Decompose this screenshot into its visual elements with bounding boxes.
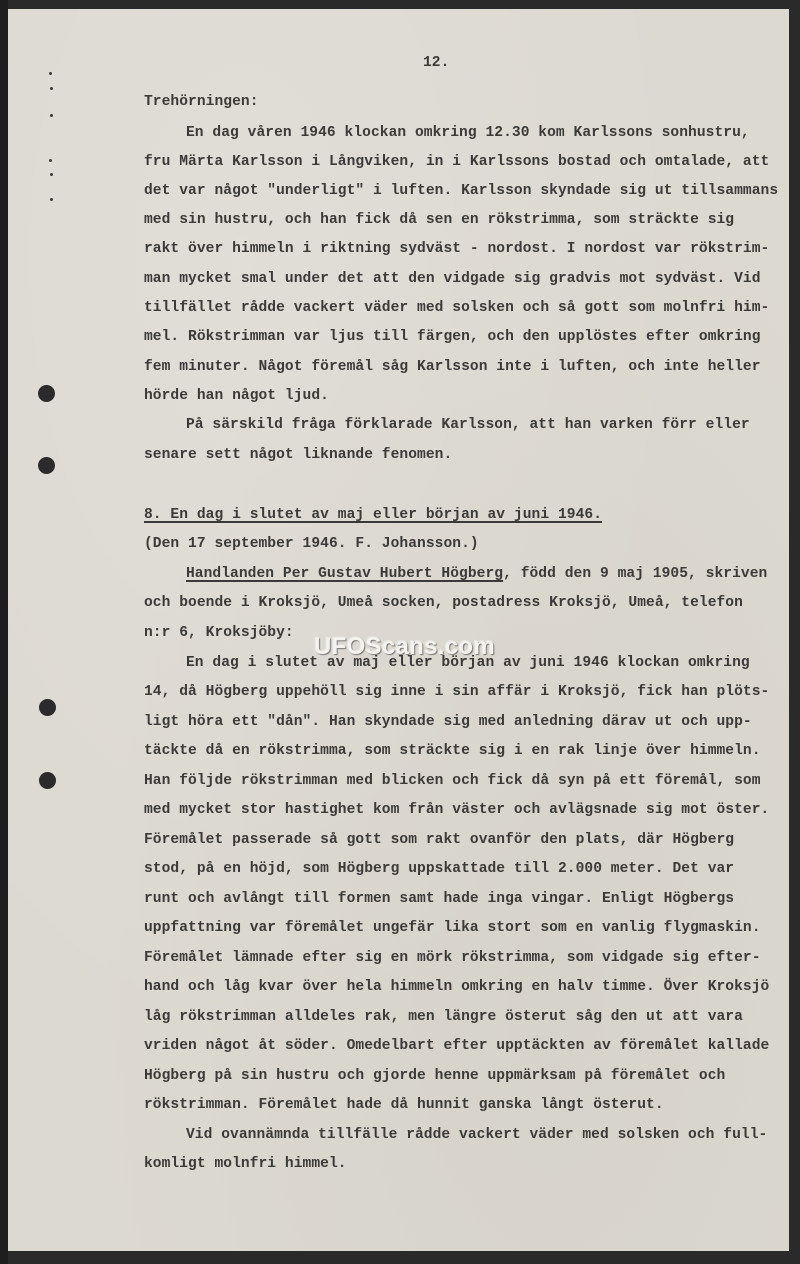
body-line: n:r 6, Kroksjöby: xyxy=(144,625,294,641)
body-line: med sin hustru, och han fick då sen en r… xyxy=(144,212,734,228)
witness-line: Handlanden Per Gustav Hubert Högberg, fö… xyxy=(186,566,767,582)
body-line: täckte då en rökstrimma, som sträckte si… xyxy=(144,743,761,759)
body-line: hörde han något ljud. xyxy=(144,388,329,404)
body-line: uppfattning var föremålet ungefär lika s… xyxy=(144,920,761,936)
body-line: stod, på en höjd, som Högberg uppskattad… xyxy=(144,861,734,877)
case-source: (Den 17 september 1946. F. Johansson.) xyxy=(144,536,479,552)
body-line: fru Märta Karlsson i Långviken, in i Kar… xyxy=(144,154,769,170)
punch-hole xyxy=(38,385,55,402)
body-line: hand och låg kvar över hela himmeln omkr… xyxy=(144,979,769,995)
margin-dot xyxy=(49,72,52,75)
margin-dot xyxy=(50,173,53,176)
body-line: Högberg på sin hustru och gjorde henne u… xyxy=(144,1068,725,1084)
body-line: Vid ovannämnda tillfälle rådde vackert v… xyxy=(186,1127,767,1143)
body-line: mel. Rökstrimman var ljus till färgen, o… xyxy=(144,329,761,345)
body-line: En dag våren 1946 klockan omkring 12.30 … xyxy=(186,125,750,141)
body-line: med mycket stor hastighet kom från väste… xyxy=(144,802,769,818)
punch-hole xyxy=(38,457,55,474)
margin-dot xyxy=(50,87,53,90)
witness-name: Handlanden Per Gustav Hubert Högberg xyxy=(186,566,503,582)
body-line: På särskild fråga förklarade Karlsson, a… xyxy=(186,417,750,433)
body-line: rökstrimman. Föremålet hade då hunnit ga… xyxy=(144,1097,664,1113)
body-line: senare sett något liknande fenomen. xyxy=(144,447,452,463)
case-heading: 8. En dag i slutet av maj eller början a… xyxy=(144,507,602,523)
body-line: man mycket smal under det att den vidgad… xyxy=(144,271,761,287)
page-number: 12. xyxy=(423,55,449,71)
section-heading: Trehörningen: xyxy=(144,94,259,110)
body-line: fem minuter. Något föremål såg Karlsson … xyxy=(144,359,761,375)
punch-hole xyxy=(39,699,56,716)
body-line: Föremålet lämnade efter sig en mörk röks… xyxy=(144,950,761,966)
body-line: tillfället rådde vackert väder med solsk… xyxy=(144,300,769,316)
witness-details: , född den 9 maj 1905, skriven xyxy=(503,566,767,582)
body-line: och boende i Kroksjö, Umeå socken, posta… xyxy=(144,595,743,611)
body-line: rakt över himmeln i riktning sydväst - n… xyxy=(144,241,769,257)
body-line: ligt höra ett "dån". Han skyndade sig me… xyxy=(144,714,752,730)
punch-hole xyxy=(39,772,56,789)
body-line: komligt molnfri himmel. xyxy=(144,1156,347,1172)
scan-border xyxy=(0,0,8,1264)
margin-dot xyxy=(50,198,53,201)
body-line: runt och avlångt till formen samt hade i… xyxy=(144,891,734,907)
body-line: det var något "underligt" i luften. Karl… xyxy=(144,183,778,199)
margin-dot xyxy=(50,114,53,117)
document-page: 12. Trehörningen: En dag våren 1946 kloc… xyxy=(8,9,789,1251)
body-line: vriden något åt söder. Omedelbart efter … xyxy=(144,1038,769,1054)
body-line: Föremålet passerade så gott som rakt ova… xyxy=(144,832,734,848)
body-line: 14, då Högberg uppehöll sig inne i sin a… xyxy=(144,684,769,700)
margin-dot xyxy=(49,159,52,162)
body-line: Han följde rökstrimman med blicken och f… xyxy=(144,773,761,789)
watermark: UFOScans.com xyxy=(314,633,495,661)
body-line: låg rökstrimman alldeles rak, men längre… xyxy=(144,1009,743,1025)
